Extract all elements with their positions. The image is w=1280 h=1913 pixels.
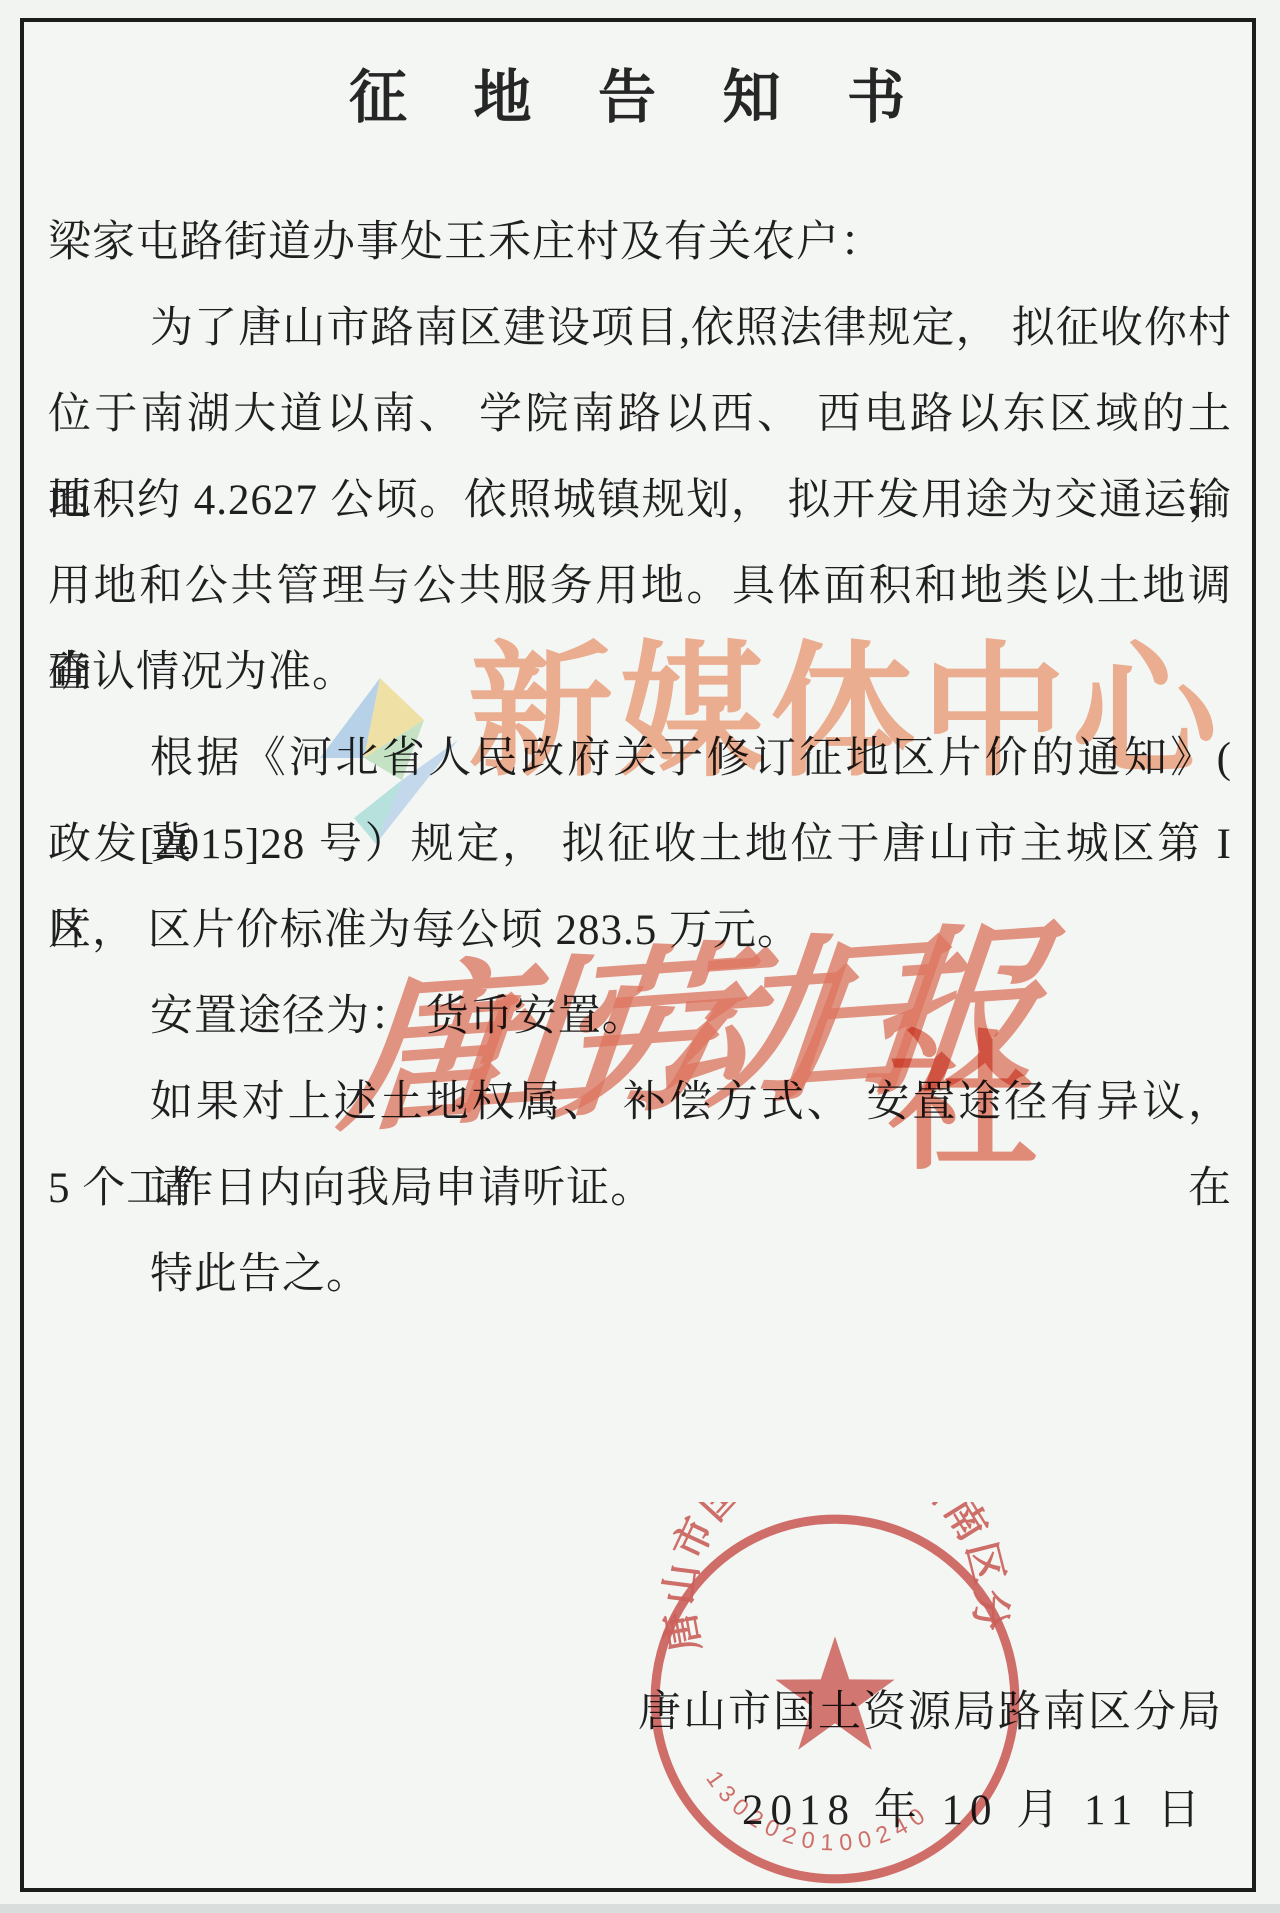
svg-text:唐山市国土资源局路南区分局: 唐山市国土资源局路南区分局 [638,1502,1013,1656]
seal-serial-number: 1302020100240 [701,1766,935,1856]
document-body: 梁家屯路街道办事处王禾庄村及有关农户： 为了唐山市路南区建设项目,依照法律规定，… [48,200,1232,1318]
svg-text:1302020100240: 1302020100240 [701,1766,935,1856]
body-line: 位于南湖大道以南、 学院南路以西、 西电路以东区域的土地， [48,372,1232,458]
body-line: 为了唐山市路南区建设项目,依照法律规定， 拟征收你村 [48,286,1232,372]
body-line: 如果对上述土地权属、 补偿方式、 安置途径有异议， 请在 [48,1060,1232,1146]
body-line: 片， 区片价标准为每公顷 283.5 万元。 [48,888,1232,974]
body-line: 特此告之。 [48,1232,1232,1318]
scan-bottom-edge [0,1904,1280,1913]
body-line: 梁家屯路街道办事处王禾庄村及有关农户： [48,200,1232,286]
seal-rim-text: 唐山市国土资源局路南区分局 [638,1502,1013,1656]
body-line: 用地和公共管理与公共服务用地。具体面积和地类以土地调查 [48,544,1232,630]
body-line: 确认情况为准。 [48,630,1232,716]
seal-star-icon [775,1636,894,1749]
body-line: 安置途径为： 货币安置。 [48,974,1232,1060]
body-line: 政发[2015]28 号）规定， 拟征收土地位于唐山市主城区第 I 区 [48,802,1232,888]
official-seal: 唐山市国土资源局路南区分局 1302020100240 [638,1502,1032,1896]
body-line: 面积约 4.2627 公顷。依照城镇规划， 拟开发用途为交通运输 [48,458,1232,544]
body-line: 根据《河北省人民政府关于修订征地区片价的通知》( 冀 [48,716,1232,802]
document-title: 征 地 告 知 书 [0,50,1280,134]
